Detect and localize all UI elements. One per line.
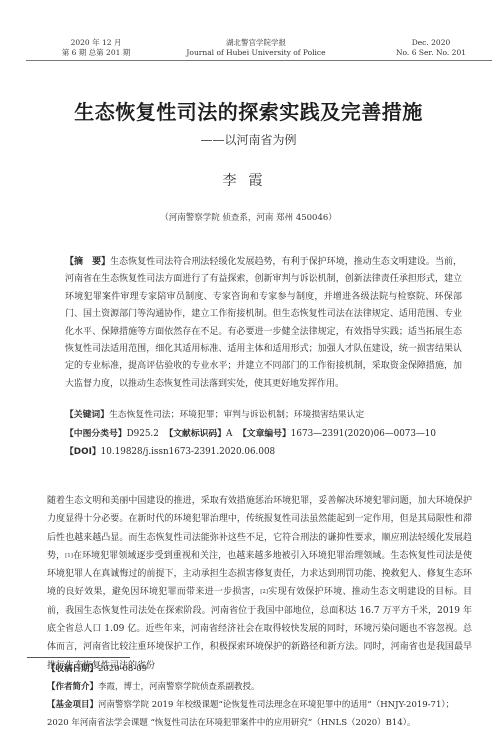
journal-name-cn: 湖北警官学院学报 bbox=[156, 38, 356, 48]
author-bio-text: 李霞，博士，河南警察学院侦查系副教授。 bbox=[98, 682, 260, 692]
keywords-label: 【关键词】 bbox=[65, 410, 109, 420]
author-bio-label: 【作者简介】 bbox=[47, 682, 98, 692]
abstract-paragraph: 【摘 要】生态恢复性司法符合刑法轻缓化发展趋势，有利于保护环境，推动生态文明建设… bbox=[47, 254, 462, 393]
article-title: 生态恢复性司法的探索实践及完善措施 bbox=[0, 96, 497, 125]
footnote-divider bbox=[27, 657, 130, 658]
article-author: 李霞 bbox=[0, 170, 497, 190]
header-date-en: Dec. 2020 bbox=[376, 38, 486, 48]
doi-value: 10.19828/j.issn1673-2391.2020.06.008 bbox=[101, 447, 275, 457]
doc-code-label: 【文献标识码】 bbox=[164, 429, 226, 439]
author-affiliation: （河南警察学院 侦查系，河南 郑州 450046） bbox=[0, 211, 497, 223]
keywords: 【关键词】生态恢复性司法；环境犯罪；审判与诉讼机制；环境损害结果认定 bbox=[65, 407, 364, 420]
journal-name-en: Journal of Hubei University of Police bbox=[156, 48, 356, 58]
classification-line: 【中图分类号】D925.2 【文献标识码】A 【文章编号】1673—2391(2… bbox=[65, 426, 436, 439]
footnotes: 【收稿日期】2020-08-09 【作者简介】李霞，博士，河南警察学院侦查系副教… bbox=[27, 660, 472, 732]
received-date: 2020-08-09 bbox=[98, 664, 147, 674]
header-divider bbox=[26, 60, 492, 61]
reference-1[interactable]: [1] bbox=[65, 553, 73, 559]
article-no-value: 1673—2391(2020)06—0073—10 bbox=[291, 429, 436, 439]
header-date-issue: 2020 年 12 月 第 6 期 总第 201 期 bbox=[41, 38, 151, 58]
body-paragraph: 随着生态文明和美丽中国建设的推进，采取有效措施惩治环境犯罪，妥善解决环境犯罪问题… bbox=[27, 492, 472, 675]
header-date-cn: 2020 年 12 月 bbox=[41, 38, 151, 48]
funding-label: 【基金项目】 bbox=[47, 700, 98, 710]
article-no-label: 【文章编号】 bbox=[238, 429, 291, 439]
article-subtitle: ——以河南省为例 bbox=[0, 131, 497, 148]
clc-label: 【中图分类号】 bbox=[65, 429, 127, 439]
body-text-part-3: 实现有效保护环境、推动生态文明建设的目标。目前，我国生态恢复性司法处在探索阶段。… bbox=[47, 587, 472, 670]
footnote-funding: 【基金项目】河南警察学院 2019 年校级课题“论恢复性司法理念在环境犯罪中的适… bbox=[27, 696, 472, 732]
keywords-text: 生态恢复性司法；环境犯罪；审判与诉讼机制；环境损害结果认定 bbox=[109, 410, 364, 420]
abstract-label: 【摘 要】 bbox=[65, 257, 110, 267]
reference-2[interactable]: [2] bbox=[260, 589, 268, 595]
doi-line: 【DOI】10.19828/j.issn1673-2391.2020.06.00… bbox=[65, 444, 275, 457]
header-issue-cn: 第 6 期 总第 201 期 bbox=[41, 48, 151, 58]
clc-value: D925.2 bbox=[127, 429, 159, 439]
header-date-issue-en: Dec. 2020 No. 6 Ser. No. 201 bbox=[376, 38, 486, 58]
abstract-text: 生态恢复性司法符合刑法轻缓化发展趋势，有利于保护环境，推动生态文明建设。当前，河… bbox=[65, 257, 462, 389]
received-label: 【收稿日期】 bbox=[47, 664, 98, 674]
header-journal: 湖北警官学院学报 Journal of Hubei University of … bbox=[156, 38, 356, 58]
footnote-received: 【收稿日期】2020-08-09 bbox=[27, 660, 472, 678]
doc-code-value: A bbox=[226, 429, 232, 439]
body-text: 随着生态文明和美丽中国建设的推进，采取有效措施惩治环境犯罪，妥善解决环境犯罪问题… bbox=[27, 492, 472, 675]
abstract: 【摘 要】生态恢复性司法符合刑法轻缓化发展趋势，有利于保护环境，推动生态文明建设… bbox=[47, 254, 462, 393]
doi-label: 【DOI】 bbox=[65, 447, 101, 457]
header-issue-en: No. 6 Ser. No. 201 bbox=[376, 48, 486, 58]
funding-text: 河南警察学院 2019 年校级课题“论恢复性司法理念在环境犯罪中的适用”（HNJ… bbox=[47, 700, 454, 728]
footnote-author-bio: 【作者简介】李霞，博士，河南警察学院侦查系副教授。 bbox=[27, 678, 472, 696]
